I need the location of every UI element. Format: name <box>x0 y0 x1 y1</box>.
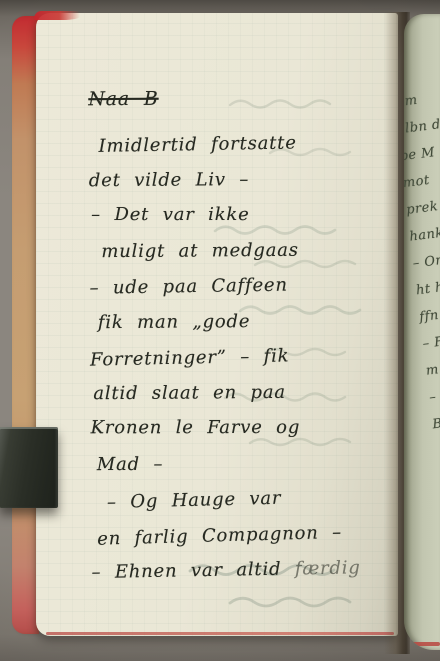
handwriting-line: – ude paa Caffeen <box>89 272 434 313</box>
right-page-edge: ZHmdlbn dpe Mmotprekhank– Omht haffn Cu–… <box>404 14 440 650</box>
red-edge-top <box>34 11 80 20</box>
handwriting-line: – Det var ikke <box>91 204 433 239</box>
handwriting-line: Forretninger” – fik <box>90 342 435 385</box>
book-clip <box>0 427 58 508</box>
handwriting-fragment: pe M <box>404 136 440 170</box>
photo-backdrop: Naa BImidlertid fortsattedet vilde Liv –… <box>0 0 440 661</box>
handwriting-fragment: dlbn d <box>404 109 440 143</box>
handwriting-line: Imidlertid fortsatte <box>98 130 433 171</box>
red-edge-bottom <box>46 632 394 635</box>
handwriting-line: Naa B <box>88 86 432 134</box>
notebook-fore-edge <box>12 16 39 634</box>
left-page: Naa BImidlertid fortsattedet vilde Liv –… <box>36 13 398 636</box>
right-page-fragments: ZHmdlbn dpe Mmotprekhank– Omht haffn Cu–… <box>404 56 440 438</box>
right-page-red-edge <box>406 642 440 646</box>
handwriting-line: det vilde Liv – <box>89 167 433 205</box>
